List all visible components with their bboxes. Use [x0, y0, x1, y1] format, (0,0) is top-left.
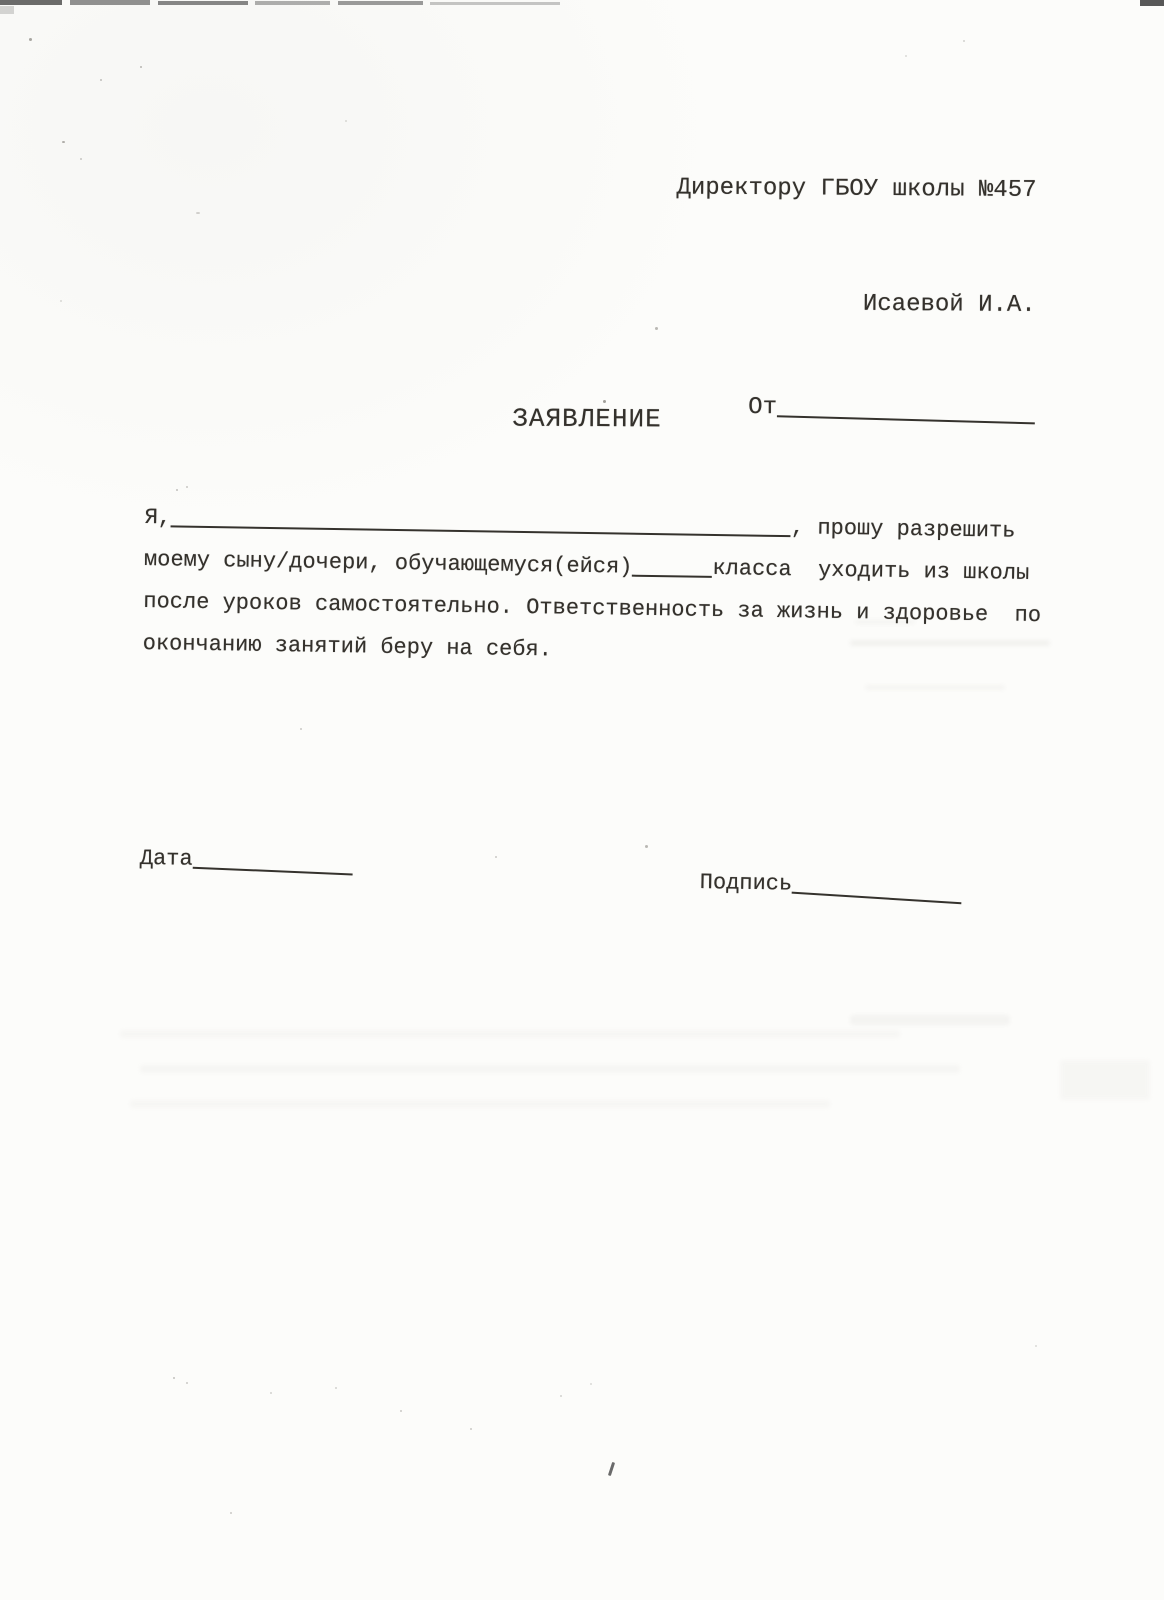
scan-speckle: [230, 1512, 232, 1514]
scan-speckle: [300, 728, 302, 730]
scan-speckle: [196, 212, 200, 214]
scan-speckle: [400, 1410, 402, 1412]
scan-speckle: [270, 1392, 272, 1394]
scan-artifact: [0, 6, 14, 14]
date-row: Дата: [140, 846, 353, 874]
scan-artifact: [140, 1065, 960, 1073]
scan-speckle: [176, 489, 178, 491]
line2-part1: моему сыну/дочери, обучающемуся(ейся): [144, 547, 633, 580]
scan-speckle: [173, 1377, 175, 1379]
scan-artifact: [865, 685, 1005, 690]
scan-speckle: [335, 1387, 337, 1389]
date-blank-field: [193, 867, 353, 876]
scan-artifact: [850, 1015, 1010, 1025]
document-title: ЗАЯВЛЕНИЕ: [5, 401, 1164, 437]
scanned-document-page: Директору ГБОУ школы №457 Исаевой И.А. О…: [0, 0, 1164, 1600]
scan-speckle: [603, 400, 606, 403]
scan-artifact: [130, 1100, 830, 1108]
scan-speckle: [645, 845, 648, 848]
scan-speckle: [100, 79, 102, 81]
scan-artifact: [1060, 1060, 1150, 1100]
scan-speckle: [590, 1383, 592, 1385]
class-blank-field: [632, 575, 712, 578]
signature-row: Подпись: [700, 870, 963, 900]
scan-artifact: [1140, 0, 1164, 6]
line1-suffix: , прошу разрешить: [791, 515, 1016, 544]
addressee-name: Исаевой И.А.: [676, 288, 1036, 321]
scan-artifact: [255, 1, 330, 5]
scan-speckle: [560, 1395, 562, 1397]
scan-speckle: [345, 120, 347, 122]
date-label: Дата: [140, 846, 193, 872]
scan-speckle: [186, 1382, 188, 1384]
scan-artifact: [70, 0, 150, 5]
scan-speckle: [470, 1428, 472, 1430]
scan-artifact: [430, 2, 560, 5]
scan-speckle: [655, 327, 658, 330]
name-blank-field: [171, 525, 791, 537]
scan-artifact: [608, 1462, 615, 1476]
scan-speckle: [60, 300, 62, 302]
scan-speckle: [29, 38, 32, 41]
line2-part2: класса уходить из школы: [712, 556, 1029, 586]
signature-label: Подпись: [700, 870, 793, 897]
scan-artifact: [338, 1, 423, 5]
addressee-line: Директору ГБОУ школы №457: [676, 173, 1036, 206]
body-paragraph: Я,, прошу разрешить моему сыну/дочери, о…: [142, 497, 1065, 679]
scan-artifact: [0, 0, 62, 5]
scan-speckle: [905, 55, 907, 57]
scan-speckle: [80, 158, 82, 160]
scan-artifact: [120, 1030, 900, 1038]
scan-speckle: [140, 66, 142, 68]
line1-prefix: Я,: [144, 505, 171, 530]
scan-speckle: [495, 856, 497, 858]
scan-speckle: [1035, 1345, 1037, 1347]
scan-artifact: [158, 1, 248, 5]
signature-blank-field: [792, 892, 962, 905]
scan-speckle: [62, 141, 65, 143]
scan-speckle: [963, 40, 965, 42]
scan-speckle: [186, 486, 188, 488]
